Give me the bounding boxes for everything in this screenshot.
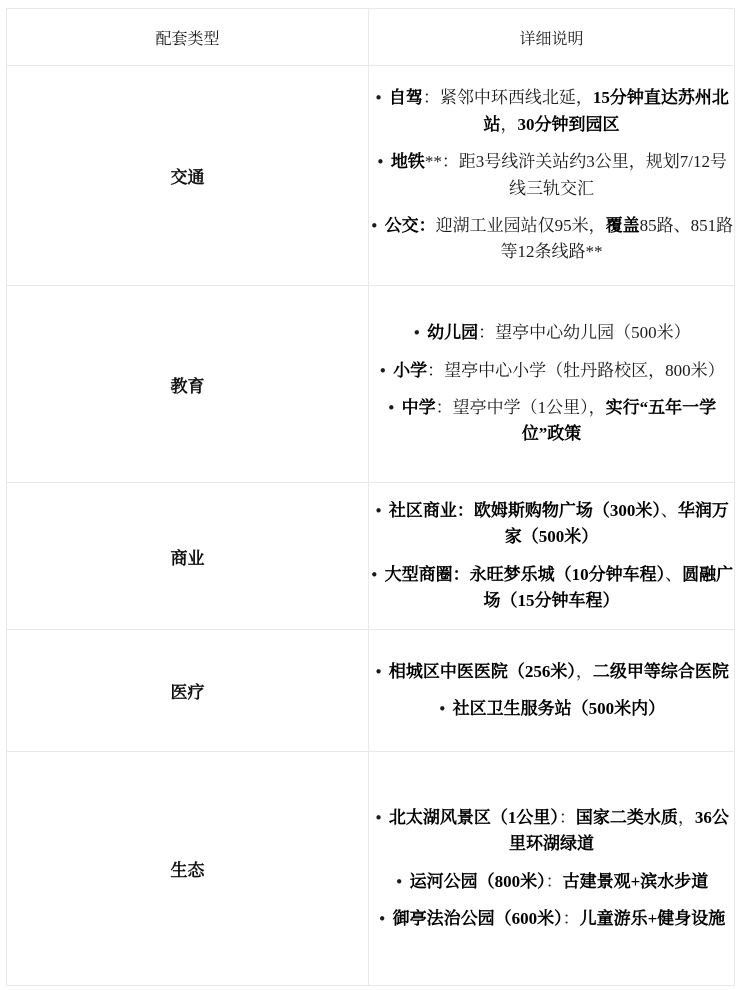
bullet-text-bold: 相城区中医医院（256米） <box>389 662 576 681</box>
bullet-text: ：紧邻中环西线北延， <box>423 88 593 107</box>
bullet-text-bold: 永旺梦乐城（10分钟车程） <box>470 565 666 584</box>
bullet-text: ： <box>546 872 563 891</box>
detail-cell: •幼儿园：望亭中心幼儿园（500米）•小学：望亭中心小学（牡丹路校区，800米）… <box>369 286 735 483</box>
bullet-text-bold: 运河公园（800米） <box>410 872 546 891</box>
bullet-text: **：距3号线浒关站约3公里，规划7/12号线三轨交汇 <box>425 152 727 197</box>
bullet-text-bold: 大型商圈： <box>385 565 470 584</box>
bullet-text-bold: 公交： <box>385 216 436 235</box>
bullet-text-bold: 古建景观+滨水步道 <box>563 872 709 891</box>
bullet-text: 、 <box>665 565 682 584</box>
bullet-item: •地铁**：距3号线浒关站约3公里，规划7/12号线三轨交汇 <box>369 149 734 202</box>
bullet-icon: • <box>374 807 383 830</box>
detail-cell: •社区商业：欧姆斯购物广场（300米）、华润万家（500米）•大型商圈：永旺梦乐… <box>369 483 735 630</box>
category-cell: 教育 <box>7 286 369 483</box>
bullet-text-bold: 自驾 <box>389 88 423 107</box>
bullet-text-bold: 社区商业： <box>389 501 474 520</box>
detail-cell: •相城区中医医院（256米），二级甲等综合医院•社区卫生服务站（500米内） <box>369 630 735 752</box>
bullet-text-bold: 国家二类水质 <box>576 808 678 827</box>
bullet-text-bold: 欧姆斯购物广场（300米） <box>474 501 661 520</box>
bullet-icon: • <box>387 397 396 420</box>
bullet-text-bold: 御亭法治公园（600米） <box>393 909 563 928</box>
bullet-item: •大型商圈：永旺梦乐城（10分钟车程）、圆融广场（15分钟车程） <box>369 562 734 615</box>
bullet-item: •北太湖风景区（1公里）：国家二类水质，36公里环湖绿道 <box>369 805 734 858</box>
bullet-item: •中学：望亭中学（1公里），实行“五年一学位”政策 <box>369 395 734 448</box>
bullet-item: •社区商业：欧姆斯购物广场（300米）、华润万家（500米） <box>369 498 734 551</box>
detail-cell: •北太湖风景区（1公里）：国家二类水质，36公里环湖绿道•运河公园（800米）：… <box>369 752 735 986</box>
bullet-text-bold: 地铁 <box>391 152 425 171</box>
bullet-text-bold: 二级甲等综合医院 <box>593 662 729 681</box>
column-header-type: 配套类型 <box>7 9 369 66</box>
bullet-text: ， <box>576 662 593 681</box>
bullet-text-bold: 北太湖风景区（1公里） <box>389 808 559 827</box>
bullet-text: 迎湖工业园站仅95米， <box>436 216 606 235</box>
table-row: 医疗•相城区中医医院（256米），二级甲等综合医院•社区卫生服务站（500米内） <box>7 630 735 752</box>
bullet-text-bold: 社区卫生服务站（500米内） <box>453 699 666 718</box>
bullet-text-bold: 幼儿园 <box>427 323 478 342</box>
bullet-icon: • <box>378 360 387 383</box>
column-header-detail: 详细说明 <box>369 9 735 66</box>
table-row: 教育•幼儿园：望亭中心幼儿园（500米）•小学：望亭中心小学（牡丹路校区，800… <box>7 286 735 483</box>
bullet-text: ， <box>501 115 518 134</box>
bullet-icon: • <box>370 215 379 238</box>
bullet-icon: • <box>374 500 383 523</box>
bullet-icon: • <box>376 151 385 174</box>
category-cell: 交通 <box>7 66 369 286</box>
bullet-text: ：望亭中心幼儿园（500米） <box>478 323 691 342</box>
bullet-icon: • <box>438 698 447 721</box>
bullet-icon: • <box>395 871 404 894</box>
table-header-row: 配套类型 详细说明 <box>7 9 735 66</box>
amenities-table: 配套类型 详细说明 交通•自驾：紧邻中环西线北延，15分钟直达苏州北站，30分钟… <box>6 8 735 986</box>
bullet-text: ：望亭中心小学（牡丹路校区，800米） <box>427 361 725 380</box>
bullet-text: ：望亭中学（1公里）， <box>436 398 606 417</box>
bullet-icon: • <box>378 908 387 931</box>
bullet-text-bold: 儿童游乐+健身设施 <box>580 909 726 928</box>
bullet-item: •御亭法治公园（600米）：儿童游乐+健身设施 <box>369 906 734 932</box>
bullet-text: ： <box>563 909 580 928</box>
bullet-icon: • <box>412 322 421 345</box>
bullet-item: •社区卫生服务站（500米内） <box>369 696 734 722</box>
category-cell: 生态 <box>7 752 369 986</box>
detail-cell: •自驾：紧邻中环西线北延，15分钟直达苏州北站，30分钟到园区•地铁**：距3号… <box>369 66 735 286</box>
bullet-text-bold: 中学 <box>402 398 436 417</box>
bullet-text-bold: 覆盖 <box>606 216 640 235</box>
page: 配套类型 详细说明 交通•自驾：紧邻中环西线北延，15分钟直达苏州北站，30分钟… <box>0 0 740 990</box>
bullet-icon: • <box>370 564 379 587</box>
bullet-text-bold: 30分钟到园区 <box>518 115 620 134</box>
table-row: 商业•社区商业：欧姆斯购物广场（300米）、华润万家（500米）•大型商圈：永旺… <box>7 483 735 630</box>
bullet-item: •相城区中医医院（256米），二级甲等综合医院 <box>369 659 734 685</box>
bullet-text-bold: 小学 <box>393 361 427 380</box>
bullet-icon: • <box>374 87 383 110</box>
table-row: 生态•北太湖风景区（1公里）：国家二类水质，36公里环湖绿道•运河公园（800米… <box>7 752 735 986</box>
bullet-item: •幼儿园：望亭中心幼儿园（500米） <box>369 320 734 346</box>
bullet-item: •小学：望亭中心小学（牡丹路校区，800米） <box>369 358 734 384</box>
bullet-text: ： <box>559 808 576 827</box>
bullet-text: 、 <box>661 501 678 520</box>
table-row: 交通•自驾：紧邻中环西线北延，15分钟直达苏州北站，30分钟到园区•地铁**：距… <box>7 66 735 286</box>
category-cell: 医疗 <box>7 630 369 752</box>
bullet-icon: • <box>374 661 383 684</box>
bullet-item: •自驾：紧邻中环西线北延，15分钟直达苏州北站，30分钟到园区 <box>369 85 734 138</box>
bullet-text: ， <box>678 808 695 827</box>
bullet-item: •运河公园（800米）：古建景观+滨水步道 <box>369 869 734 895</box>
bullet-item: •公交：迎湖工业园站仅95米，覆盖85路、851路等12条线路** <box>369 213 734 266</box>
category-cell: 商业 <box>7 483 369 630</box>
